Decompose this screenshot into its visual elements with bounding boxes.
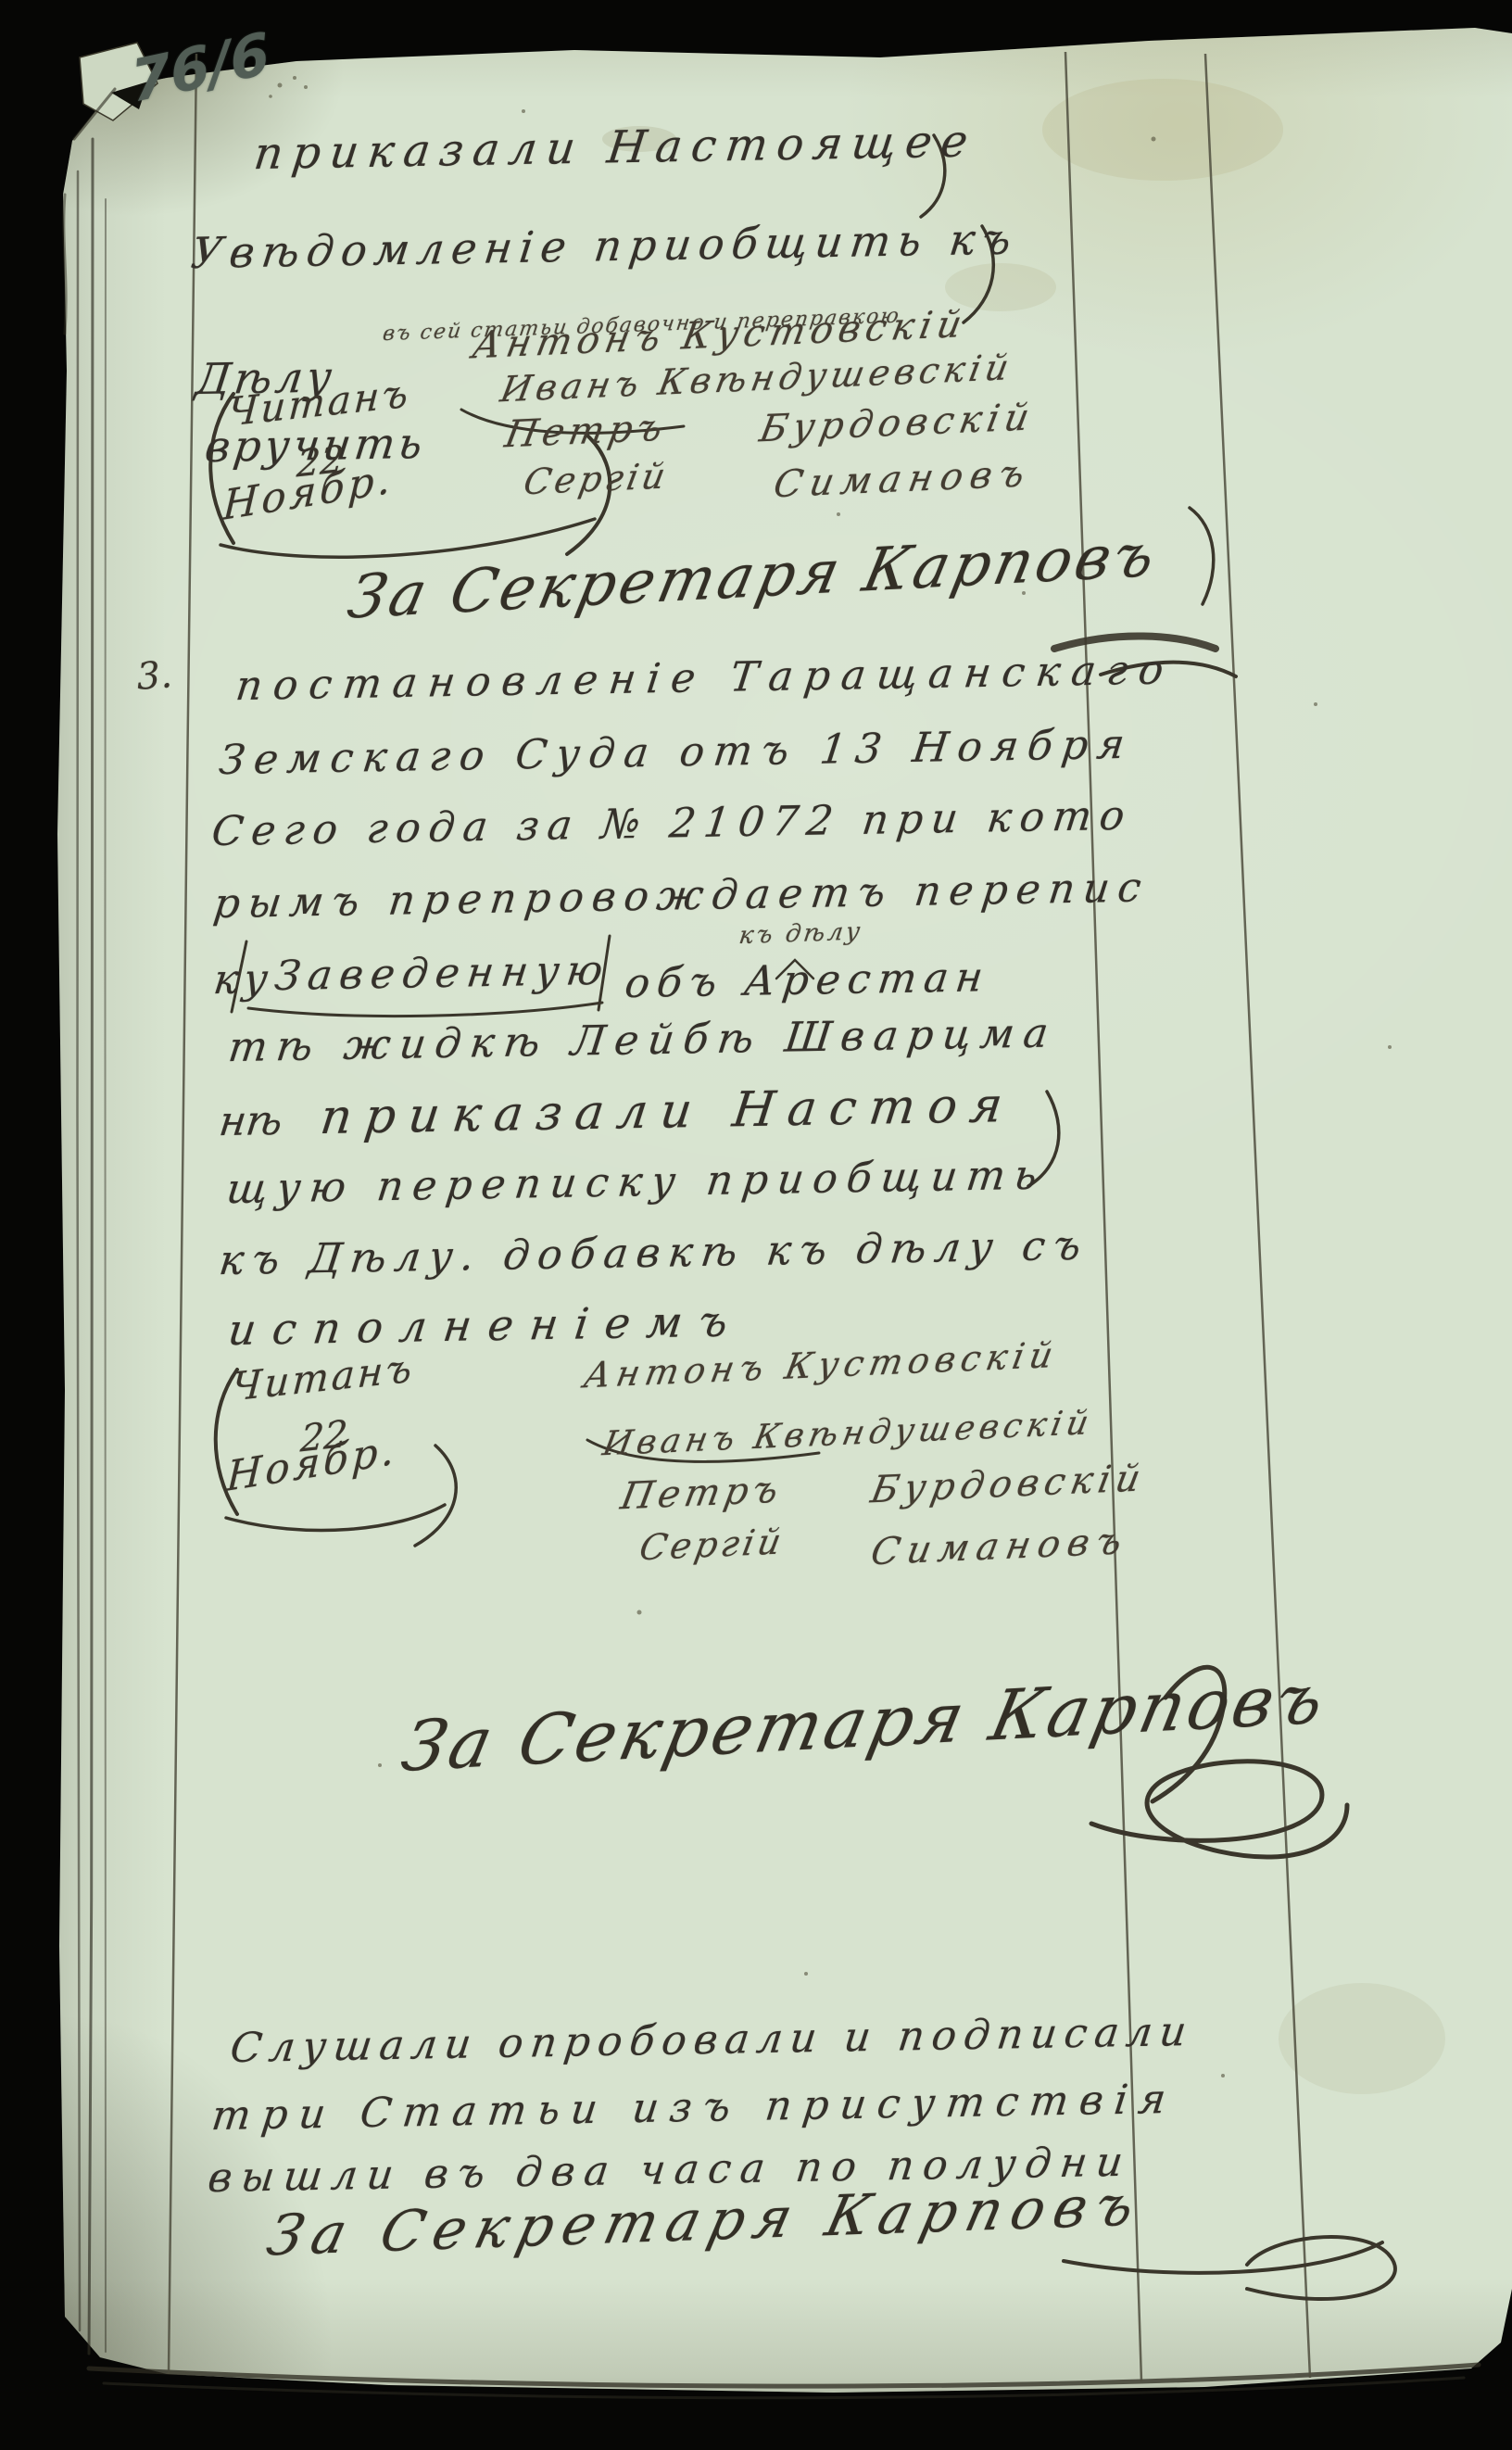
entry-3-line-5-zavedennuyu: Заведенную bbox=[272, 947, 613, 1000]
entry-3-interlinear-k-delu: къ дѣлу bbox=[737, 917, 864, 950]
scanned-archival-page: { "palette": { "paper": "#d7e3cf", "ink"… bbox=[0, 0, 1512, 2450]
entry-3-line-10: исполненіемъ bbox=[225, 1295, 747, 1355]
signature-sergiy-1-first: Сергій bbox=[521, 455, 673, 502]
signature-petr-1-first: Петръ bbox=[501, 406, 670, 456]
signature-sergiy-2-first: Сергій bbox=[636, 1521, 788, 1568]
entry-3-line-7-ne: нѣ bbox=[217, 1097, 285, 1145]
entry-3-margin-number: 3. bbox=[135, 653, 173, 699]
signature-petr-2-first: Петръ bbox=[617, 1468, 786, 1518]
entry-3-line-5-ku: ку bbox=[211, 955, 276, 1004]
entry-3-line-5-ob-arestan: объ Арестан bbox=[623, 953, 993, 1007]
